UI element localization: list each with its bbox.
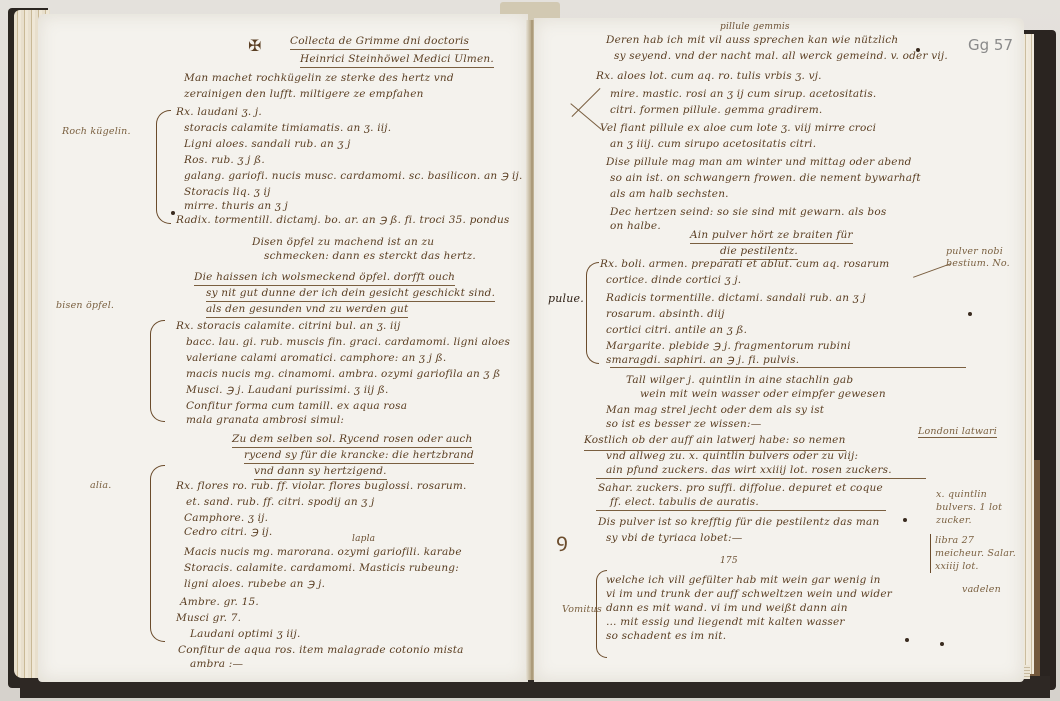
text-line: macis nucis mg. cinamomi. ambra. ozymi g… <box>186 366 500 384</box>
text-line: Rx. aloes lot. cum aq. ro. tulis vrbis ʒ… <box>596 68 822 86</box>
margin-note: libra 27 meicheur. Salar. xxiiij lot. <box>930 534 1021 573</box>
text-line: Deren hab ich mit vil auss sprechen kan … <box>606 32 898 50</box>
text-line: Radicis tormentille. dictami. sandali ru… <box>606 290 866 308</box>
text-line: Laudani optimi ʒ iij. <box>190 626 300 644</box>
text-line: ff. elect. tabulis de auratis. <box>610 494 759 512</box>
section-heading: sy nit gut dunne der ich dein gesicht ge… <box>206 286 495 302</box>
text-line: sy seyend. vnd der nacht mal. all werck … <box>614 48 948 66</box>
text-line: Ambre. gr. 15. <box>180 594 259 612</box>
margin-note: pulue. <box>548 290 584 308</box>
text-line: ambra :— <box>190 656 243 674</box>
ink-spot <box>968 312 972 316</box>
left-title-line2: Heinrici Steinhöwel Medici Ulmen. <box>300 52 494 68</box>
text-line: ligni aloes. rubebe an ℈ j. <box>184 576 325 594</box>
section-heading: Die haissen ich wolsmeckend öpfel. dorff… <box>194 270 455 286</box>
header-note: pillule gemmis <box>720 22 790 32</box>
text-line: Dise pillule mag man am winter und mitta… <box>606 154 912 172</box>
section-heading: als den gesunden vnd zu werden gut <box>206 302 408 318</box>
ink-spot <box>940 642 944 646</box>
text-line: Dis pulver ist so krefftig für die pesti… <box>598 514 879 532</box>
ink-spot <box>903 518 907 522</box>
text-line: Ligni aloes. sandali rub. an ʒ j <box>184 136 351 154</box>
margin-note: x. quintlin bulvers. 1 lot zucker. <box>936 488 1016 527</box>
text-line: bacc. lau. gi. rub. muscis fin. graci. c… <box>186 334 510 352</box>
ink-spot <box>171 211 175 215</box>
text-line: als am halb sechsten. <box>610 186 729 204</box>
left-title-line1: Collecta de Grimme dni doctoris <box>290 34 469 50</box>
folio-number: Gg 57 <box>968 36 1013 54</box>
divider-rule <box>596 510 886 511</box>
text-line: Macis nucis mg. marorana. ozymi gariofil… <box>184 544 462 562</box>
subheading: schmecken: dann es sterckt das hertz. <box>264 248 476 266</box>
text-line: rosarum. absinth. diij <box>606 306 725 324</box>
interlinear-note: lapla <box>352 534 375 544</box>
text-line: Rx. storacis calamite. citrini bul. an ʒ… <box>176 318 401 336</box>
margin-note: pulver nobi bestium. No. <box>946 246 1016 270</box>
text-line: Musci. ℈ j. Laudani purissimi. ʒ iij ß. <box>186 382 389 400</box>
text-line: mire. mastic. rosi an ʒ ij cum sirup. ac… <box>610 86 876 104</box>
divider-rule <box>610 367 966 368</box>
text-line: so ain ist. on schwangern frowen. die ne… <box>610 170 921 188</box>
bracket <box>150 320 165 422</box>
section-heading: Ain pulver hört ze braiten für <box>690 228 853 244</box>
text-line: sy vbi de tyriaca lobet:— <box>606 530 742 548</box>
text-line: so ist es besser ze wissen:— <box>606 416 761 434</box>
text-line: zerainigen den lufft. miltigere ze empfa… <box>184 86 424 104</box>
divider-rule <box>596 478 926 479</box>
section-heading: Zu dem selben sol. Rycend rosen oder auc… <box>232 432 472 448</box>
margin-note: alia. <box>90 480 111 491</box>
text-line: Rx. flores ro. rub. ff. violar. flores b… <box>176 478 467 496</box>
bracket <box>156 110 171 224</box>
text-line: cortice. dinde cortici ʒ j. <box>606 272 741 290</box>
margin-note: bisen öpfel. <box>56 300 114 311</box>
text-line: galang. gariofi. nucis musc. cardamomi. … <box>184 168 523 186</box>
interlinear-note: 175 <box>720 556 738 566</box>
cross-icon: ✠ <box>248 36 261 55</box>
text-line: on halbe. <box>610 218 661 236</box>
text-line: an ʒ iiij. cum sirupo acetositatis citri… <box>610 136 816 154</box>
bracket <box>586 262 599 364</box>
margin-note: Roch kügelin. <box>62 126 131 137</box>
text-line: et. sand. rub. ff. citri. spodij an ʒ j <box>186 494 374 512</box>
text-line: Vel fiant pillule ex aloe cum lote ʒ. vi… <box>600 120 876 138</box>
text-line: Ros. rub. ʒ j ß. <box>184 152 265 170</box>
bracket <box>150 465 165 642</box>
text-line: storacis calamite timiamatis. an ʒ. iij. <box>184 120 391 138</box>
text-line: valeriane calami aromatici. camphore: an… <box>186 350 446 368</box>
text-line: cortici citri. antile an ʒ ß. <box>606 322 747 340</box>
text-line: Man machet rochkügelin ze sterke des her… <box>184 70 454 88</box>
margin-note: Londoni latwari <box>918 426 997 438</box>
decorative-flourish-icon: Ꝯ <box>556 536 568 554</box>
text-line: so schadent es im nit. <box>606 628 726 646</box>
text-line: wein mit wein wasser oder eimpfer gewese… <box>640 386 886 404</box>
text-line: Storacis. calamite. cardamomi. Masticis … <box>184 560 459 578</box>
text-line: Musci gr. 7. <box>176 610 241 628</box>
text-line: Radix. tormentill. dictamj. bo. ar. an ℈… <box>176 212 510 230</box>
ink-spot <box>905 638 909 642</box>
text-line: Rx. boli. armen. preparati et ablut. cum… <box>600 256 889 274</box>
ink-spot <box>916 48 920 52</box>
section-heading: rycend sy für die krancke: die hertzbran… <box>244 448 474 464</box>
text-line: ain pfund zuckers. das wirt xxiiij lot. … <box>606 462 892 480</box>
text-line: mala granata ambrosi simul: <box>186 412 344 430</box>
text-line: Cedro citri. ℈ ij. <box>184 524 272 542</box>
margin-note: vadelen <box>962 584 1001 595</box>
text-line: Rx. laudani ʒ. j. <box>176 104 262 122</box>
text-line: citri. formen pillule. gemma gradirem. <box>610 102 822 120</box>
